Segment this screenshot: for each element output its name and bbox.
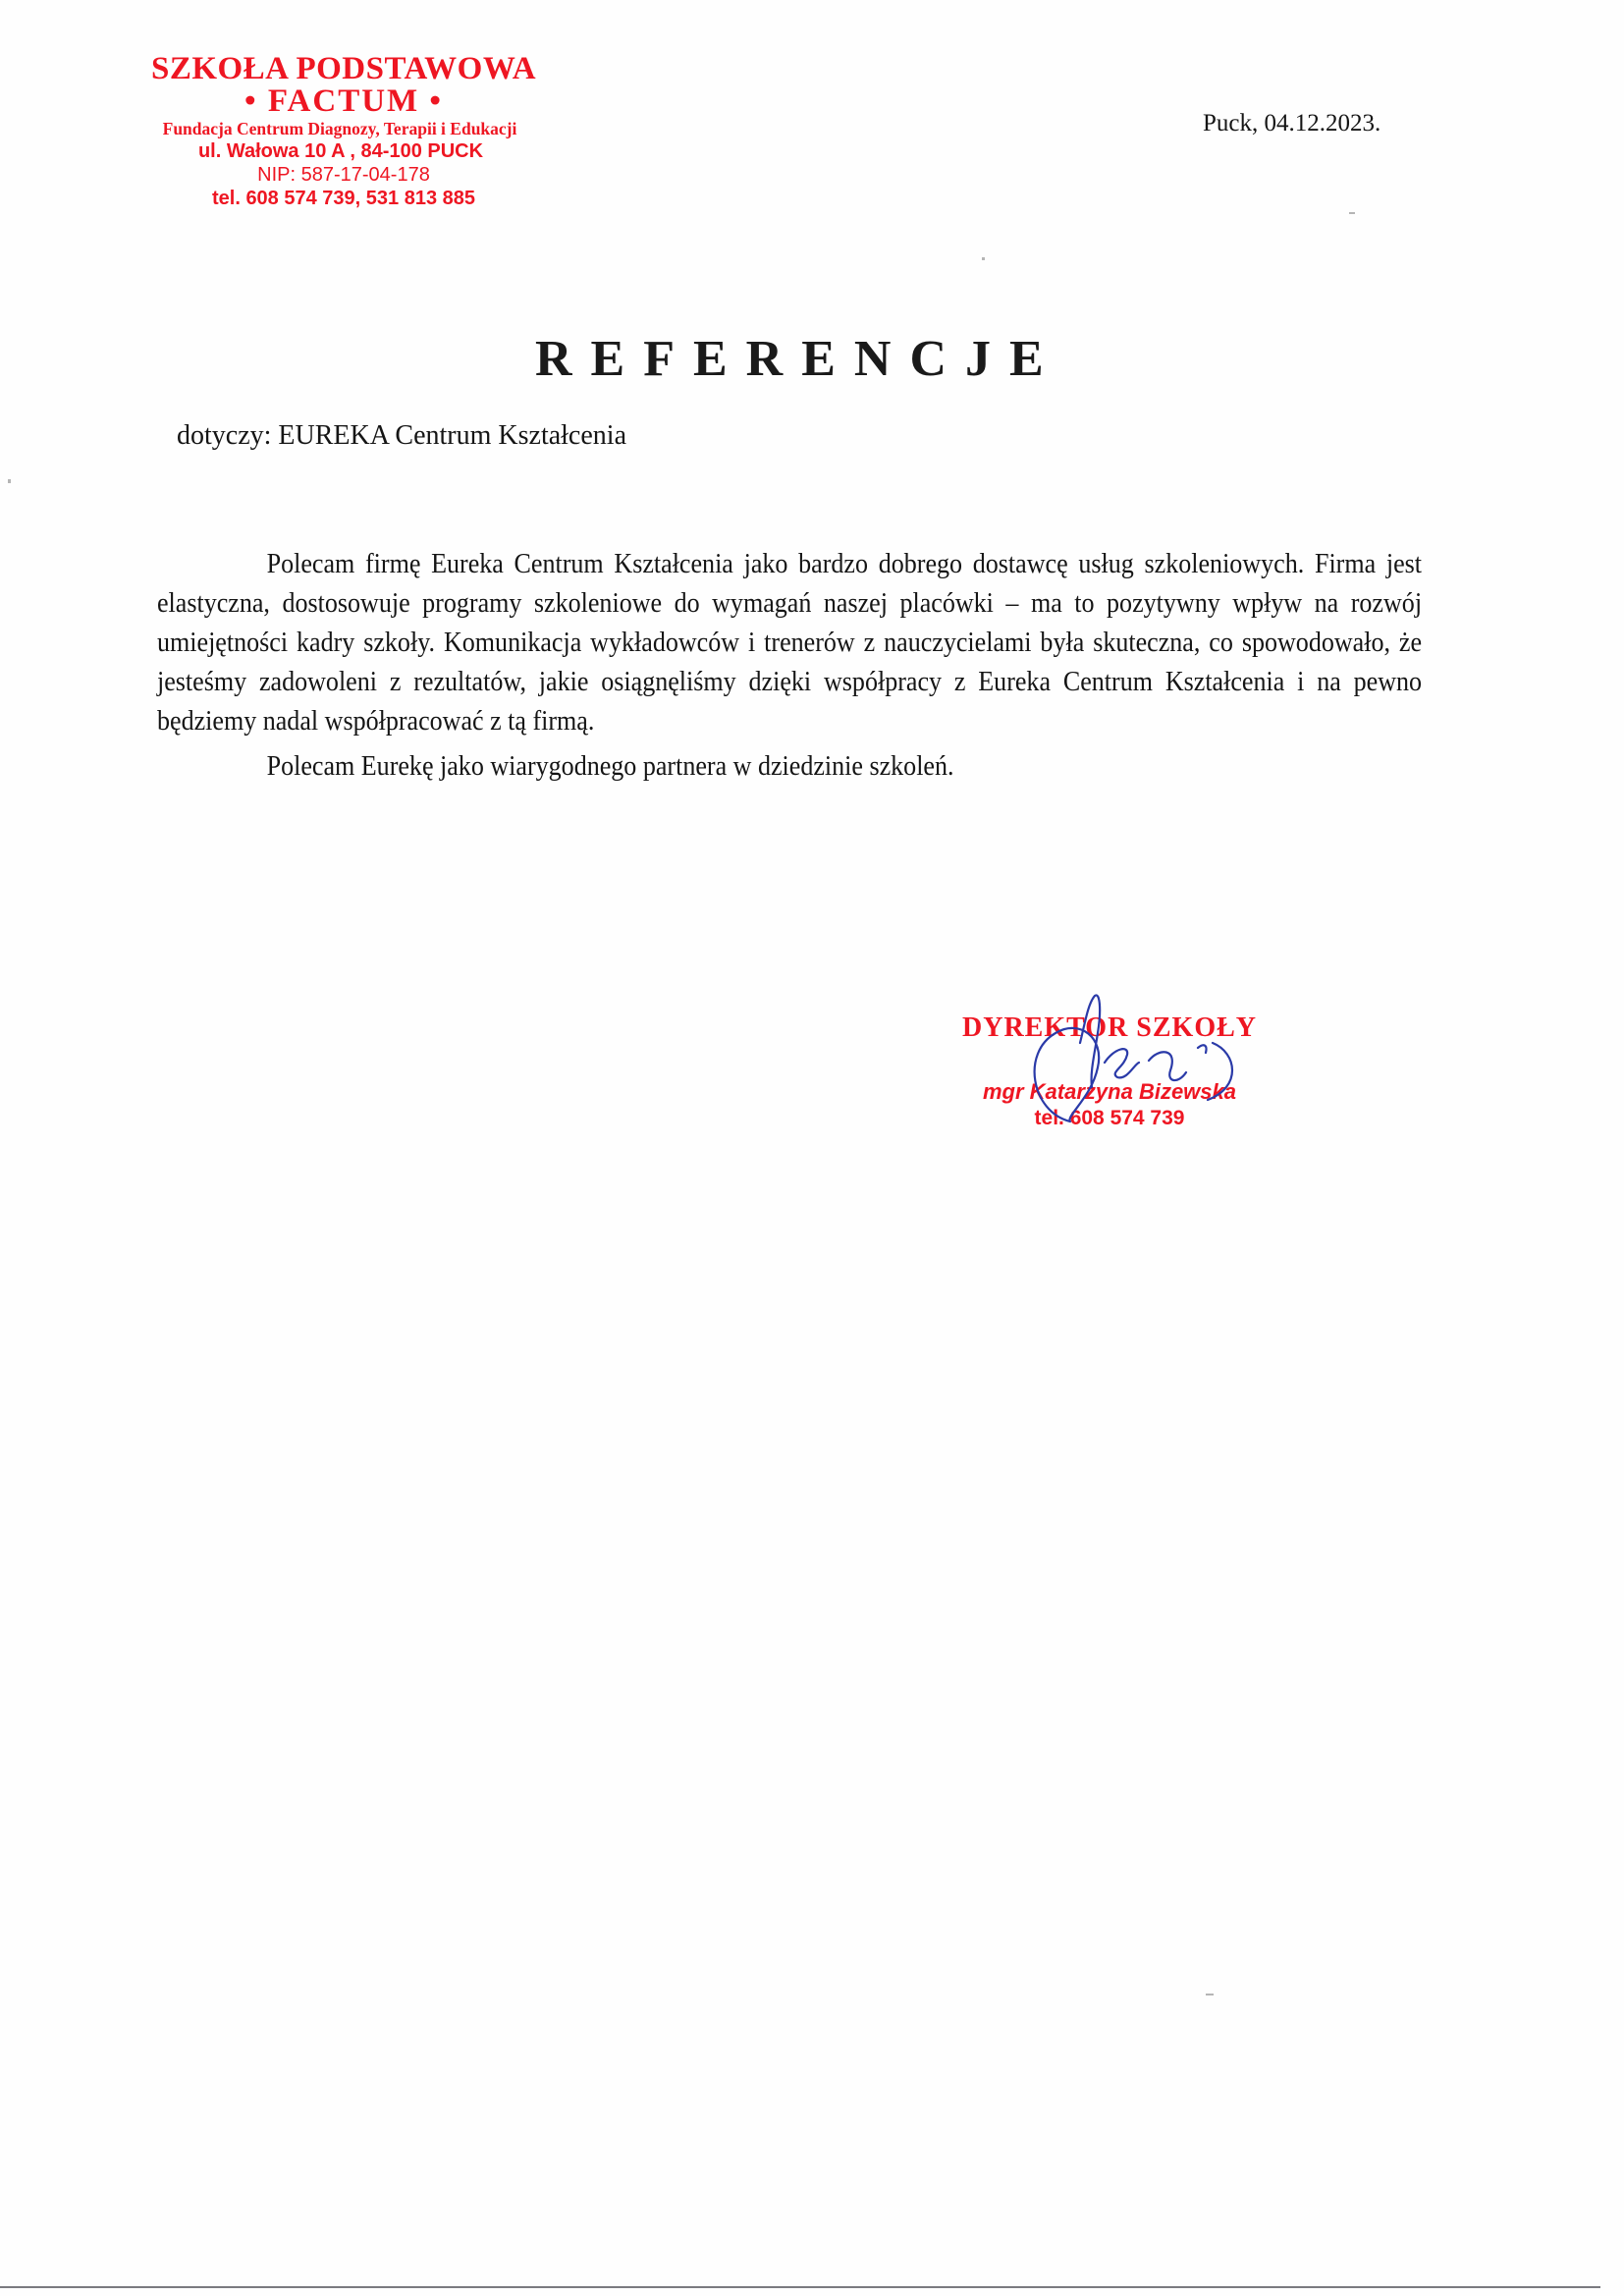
signatory-name: mgr Katarzyna Bizewska [943, 1078, 1276, 1106]
school-phones: tel. 608 574 739, 531 813 885 [128, 187, 560, 210]
place-and-date: Puck, 04.12.2023. [1203, 110, 1380, 137]
scan-edge-line [0, 2286, 1600, 2288]
scan-speck [1349, 212, 1355, 214]
school-nip: NIP: 587-17-04-178 [128, 163, 560, 187]
body-paragraph: Polecam firmę Eureka Centrum Kształcenia… [157, 545, 1422, 741]
scan-speck [1206, 1994, 1214, 1995]
document-title: REFERENCJE [535, 330, 1062, 388]
school-address: ul. Wałowa 10 A , 84-100 PUCK [122, 139, 560, 163]
scan-speck [8, 479, 11, 483]
foundation-name: Fundacja Centrum Diagnozy, Terapii i Edu… [120, 118, 560, 139]
scan-speck [982, 257, 985, 260]
school-brand: • FACTUM • [128, 84, 560, 118]
document-page: SZKOŁA PODSTAWOWA • FACTUM • Fundacja Ce… [0, 0, 1624, 2296]
signatory-role: DYREKTOR SZKOŁY [943, 1011, 1276, 1045]
school-name: SZKOŁA PODSTAWOWA [128, 51, 560, 86]
school-letterhead-stamp: SZKOŁA PODSTAWOWA • FACTUM • Fundacja Ce… [128, 51, 560, 210]
signatory-phone: tel. 608 574 739 [943, 1106, 1276, 1131]
letter-body: Polecam firmę Eureka Centrum Kształcenia… [157, 545, 1422, 787]
closing-paragraph: Polecam Eurekę jako wiarygodnego partner… [157, 747, 1422, 787]
subject-line: dotyczy: EUREKA Centrum Kształcenia [177, 420, 626, 452]
director-stamp: DYREKTOR SZKOŁY mgr Katarzyna Bizewska t… [943, 1011, 1276, 1131]
